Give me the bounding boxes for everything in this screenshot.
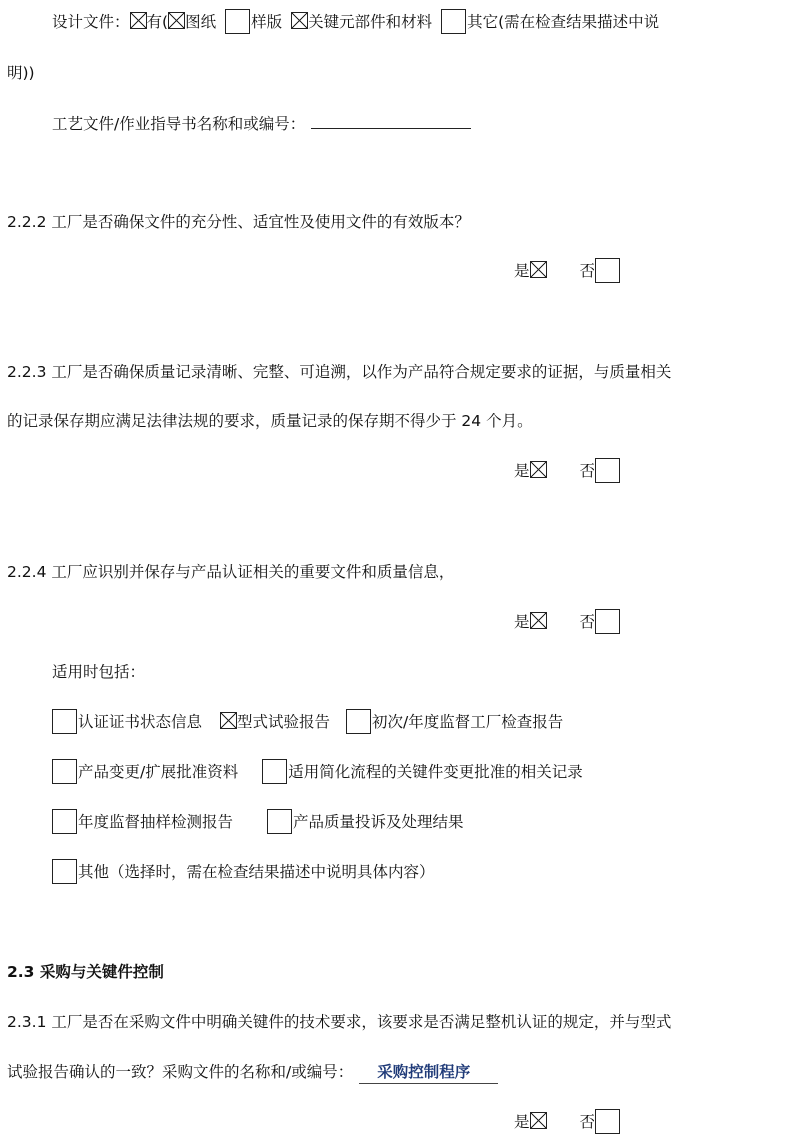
includes-row-4: 其他（选择时，需在检查结果描述中说明具体内容） xyxy=(52,860,435,885)
q-2-2-2-answer: 是否 xyxy=(514,259,621,284)
yes-checkbox[interactable] xyxy=(530,1112,547,1129)
complaints-label: 产品质量投诉及处理结果 xyxy=(293,813,464,831)
checkbox-factory-inspection[interactable] xyxy=(346,709,371,734)
yes-checkbox[interactable] xyxy=(530,261,547,278)
checkbox-other-items[interactable] xyxy=(52,859,77,884)
no-label: 否 xyxy=(580,262,596,280)
no-checkbox[interactable] xyxy=(595,458,620,483)
no-checkbox[interactable] xyxy=(595,1109,620,1134)
yes-checkbox[interactable] xyxy=(530,612,547,629)
checkbox-other[interactable] xyxy=(441,9,466,34)
other-items-label: 其他（选择时，需在检查结果描述中说明具体内容） xyxy=(78,863,435,881)
factory-inspection-label: 初次/年度监督工厂检查报告 xyxy=(372,713,563,731)
includes-row-3: 年度监督抽样检测报告产品质量投诉及处理结果 xyxy=(52,810,464,835)
includes-row-1: 认证证书状态信息型式试验报告初次/年度监督工厂检查报告 xyxy=(52,710,563,735)
no-label: 否 xyxy=(580,613,596,631)
simplified-change-label: 适用简化流程的关键件变更批准的相关记录 xyxy=(288,763,583,781)
checkbox-type-test-report[interactable] xyxy=(220,712,237,729)
yes-label: 是 xyxy=(514,1113,530,1131)
no-checkbox[interactable] xyxy=(595,258,620,283)
design-docs-row: 设计文件：有(图纸样版关键元部件和材料其它(需在检查结果描述中说 xyxy=(52,10,659,35)
option-has-label: 有( xyxy=(147,13,169,31)
checkbox-sampling-report[interactable] xyxy=(52,809,77,834)
includes-label: 适用时包括： xyxy=(52,661,145,683)
question-2-3-1-line2: 试验报告确认的一致？采购文件的名称和/或编号：采购控制程序 xyxy=(7,1061,498,1084)
process-docs-label: 工艺文件/作业指导书名称和或编号： xyxy=(52,115,305,133)
type-test-report-label: 型式试验报告 xyxy=(237,713,330,731)
product-change-label: 产品变更/扩展批准资料 xyxy=(78,763,238,781)
option-drawings-label: 图纸 xyxy=(185,13,216,31)
option-sample-label: 样版 xyxy=(251,13,282,31)
design-docs-label: 设计文件： xyxy=(52,13,130,31)
checkbox-product-change[interactable] xyxy=(52,759,77,784)
checkbox-cert-status[interactable] xyxy=(52,709,77,734)
sampling-report-label: 年度监督抽样检测报告 xyxy=(78,813,233,831)
process-docs-row: 工艺文件/作业指导书名称和或编号： xyxy=(52,112,471,135)
purchase-doc-input[interactable]: 采购控制程序 xyxy=(359,1061,498,1084)
question-2-2-2: 2.2.2 工厂是否确保文件的充分性、适宜性及使用文件的有效版本？ xyxy=(7,211,470,233)
no-label: 否 xyxy=(580,462,596,480)
checkbox-sample[interactable] xyxy=(225,9,250,34)
q-2-3-1-answer: 是否 xyxy=(514,1110,621,1135)
checkbox-key-components[interactable] xyxy=(291,12,308,29)
checkbox-simplified-change[interactable] xyxy=(262,759,287,784)
no-checkbox[interactable] xyxy=(595,609,620,634)
yes-label: 是 xyxy=(514,262,530,280)
yes-label: 是 xyxy=(514,613,530,631)
question-2-2-3-line2: 的记录保存期应满足法律法规的要求，质量记录的保存期不得少于 24 个月。 xyxy=(7,410,533,432)
yes-label: 是 xyxy=(514,462,530,480)
question-2-2-3-line1: 2.2.3 工厂是否确保质量记录清晰、完整、可追溯，以作为产品符合规定要求的证据… xyxy=(7,361,671,383)
q-2-2-4-answer: 是否 xyxy=(514,610,621,635)
option-key-components-label: 关键元部件和材料 xyxy=(308,13,432,31)
checkbox-complaints[interactable] xyxy=(267,809,292,834)
checkbox-drawings[interactable] xyxy=(168,12,185,29)
checkbox-has[interactable] xyxy=(130,12,147,29)
question-2-3-1-line1: 2.3.1 工厂是否在采购文件中明确关键件的技术要求，该要求是否满足整机认证的规… xyxy=(7,1011,671,1033)
design-docs-continuation: 明)) xyxy=(7,62,35,84)
cert-status-label: 认证证书状态信息 xyxy=(78,713,202,731)
yes-checkbox[interactable] xyxy=(530,461,547,478)
purchase-doc-label: 试验报告确认的一致？采购文件的名称和/或编号： xyxy=(7,1063,353,1081)
section-heading-2-3: 2.3 采购与关键件控制 xyxy=(7,961,164,983)
includes-row-2: 产品变更/扩展批准资料适用简化流程的关键件变更批准的相关记录 xyxy=(52,760,583,785)
no-label: 否 xyxy=(580,1113,596,1131)
process-docs-input[interactable] xyxy=(311,112,471,129)
option-other-label: 其它(需在检查结果描述中说 xyxy=(467,13,659,31)
q-2-2-3-answer: 是否 xyxy=(514,459,621,484)
question-2-2-4: 2.2.4 工厂应识别并保存与产品认证相关的重要文件和质量信息， xyxy=(7,561,454,583)
